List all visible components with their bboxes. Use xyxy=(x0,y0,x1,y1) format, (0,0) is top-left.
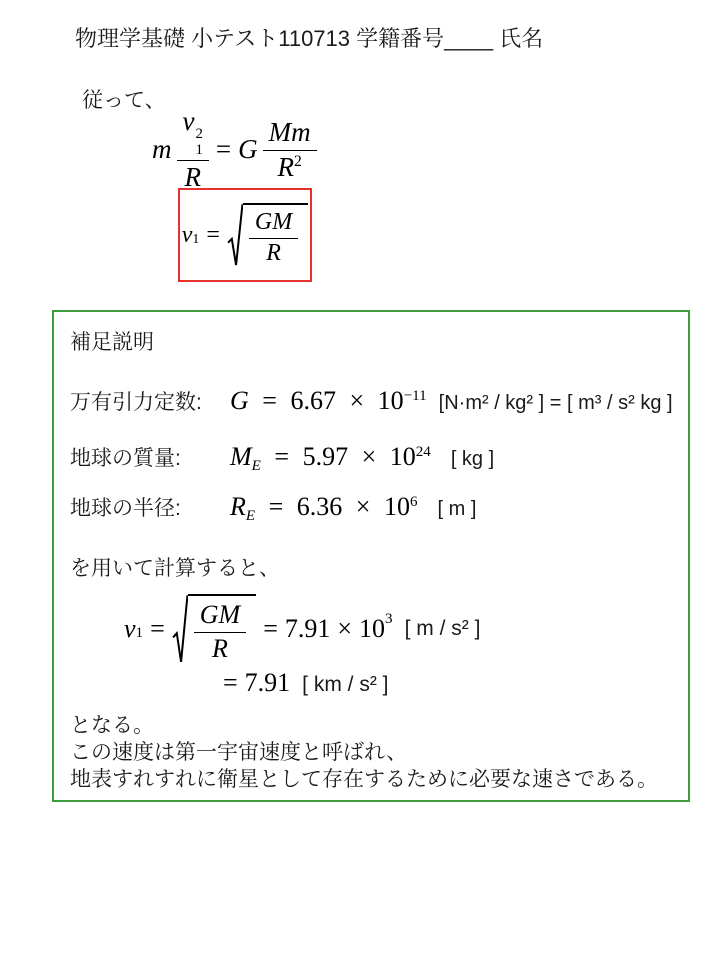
mass-coefficient: 5.97 xyxy=(303,442,349,471)
power-exponent: −11 xyxy=(404,388,427,404)
g-constant-symbol: G xyxy=(230,386,249,415)
square-root: GM R xyxy=(227,203,308,267)
gm-numerator: GM xyxy=(194,600,246,633)
radius-exponent: 2 xyxy=(294,153,302,170)
earth-radius-subscript: E xyxy=(246,508,255,524)
result-units-km: [ km / s² ] xyxy=(302,673,388,697)
supplement-heading: 補足説明 xyxy=(70,326,676,356)
earth-mass-subscript: E xyxy=(252,458,261,474)
result-coefficient: 7.91 xyxy=(285,614,331,644)
radical-sign-icon xyxy=(172,594,188,664)
power-exponent: 24 xyxy=(416,444,431,460)
earth-radius-line: 地球の半径: RE = 6.36 × 106 [ m ] xyxy=(70,492,676,522)
times-sign: × xyxy=(356,492,371,521)
times-sign: × xyxy=(349,386,364,415)
equals-sign: = xyxy=(274,442,289,471)
calculation-lead: を用いて計算すると、 xyxy=(70,552,676,582)
gm-numerator: GM xyxy=(249,209,298,239)
radical-sign-icon xyxy=(227,203,243,267)
power-base: 10 xyxy=(359,614,385,644)
earth-radius-symbol: R xyxy=(230,492,246,521)
equals-sign: = xyxy=(206,222,220,249)
first-velocity-result-box: v1 = GM R xyxy=(178,188,312,282)
fraction-left: v21 R xyxy=(177,106,209,193)
velocity-subscript: 1 xyxy=(195,143,202,159)
equals-sign: = xyxy=(269,492,284,521)
conclusion-line-1: となる。 xyxy=(70,712,676,739)
equals-sign: = xyxy=(263,614,278,644)
velocity-symbol: v xyxy=(124,614,136,644)
velocity-symbol: v xyxy=(182,222,193,249)
earth-radius-units: [ m ] xyxy=(438,498,477,521)
equals-sign: = xyxy=(150,614,165,644)
earth-mass-label: 地球の質量: xyxy=(70,442,230,472)
earth-radius-label: 地球の半径: xyxy=(70,492,230,522)
gravitational-constant-line: 万有引力定数: G = 6.67 × 10−11 [N·m² / kg² ] =… xyxy=(70,386,676,416)
mass-product: Mm xyxy=(263,117,317,151)
earth-mass-symbol: M xyxy=(230,442,252,471)
equals-sign: = xyxy=(262,386,277,415)
earth-mass-units: [ kg ] xyxy=(451,448,494,471)
mass-symbol: m xyxy=(152,134,172,165)
supplement-box: 補足説明 万有引力定数: G = 6.67 × 10−11 [N·m² / kg… xyxy=(52,310,690,802)
times-sign: × xyxy=(362,442,377,471)
g-constant-symbol: G xyxy=(238,134,258,165)
power-exponent: 6 xyxy=(410,494,418,510)
power-base: 10 xyxy=(384,492,410,521)
times-sign: × xyxy=(337,614,352,644)
radius-symbol: R xyxy=(277,152,294,182)
velocity-symbol: v xyxy=(183,106,195,136)
power-base: 10 xyxy=(378,386,404,415)
earth-mass-line: 地球の質量: ME = 5.97 × 1024 [ kg ] xyxy=(70,442,676,472)
r-denominator: R xyxy=(212,633,228,664)
conclusion-line-2: この速度は第一宇宙速度と呼ばれ、 xyxy=(70,739,676,766)
result-units-m: [ m / s² ] xyxy=(405,617,481,641)
equals-sign: = xyxy=(223,668,238,698)
conclusion-line-3: 地表すれすれに衛星として存在するために必要な速さである。 xyxy=(70,766,676,793)
calculation-row-1: v1 = GM R = 7.91 × 103 [ m / s² ] xyxy=(124,594,676,664)
result-value-km: 7.91 xyxy=(245,668,291,698)
power-base: 10 xyxy=(390,442,416,471)
fraction-right: Mm R2 xyxy=(263,117,317,183)
gravitational-constant-label: 万有引力定数: xyxy=(70,386,230,416)
velocity-subscript: 1 xyxy=(192,232,199,248)
centripetal-equation: m v21 R = G Mm R2 xyxy=(152,106,317,193)
calculation-row-2: = 7.91 [ km / s² ] xyxy=(216,668,676,698)
power-exponent: 3 xyxy=(385,611,393,628)
page-title: 物理学基礎 小テスト110713 学籍番号____ 氏名 xyxy=(75,22,543,53)
velocity-subscript: 1 xyxy=(136,625,144,642)
equals-sign: = xyxy=(216,134,231,165)
gravitational-constant-units: [N·m² / kg² ] = [ m³ / s² kg ] xyxy=(439,392,673,415)
radius-coefficient: 6.36 xyxy=(297,492,343,521)
g-coefficient: 6.67 xyxy=(290,386,336,415)
velocity-exponent: 2 xyxy=(195,127,202,143)
r-denominator: R xyxy=(266,239,281,267)
square-root: GM R xyxy=(172,594,256,664)
